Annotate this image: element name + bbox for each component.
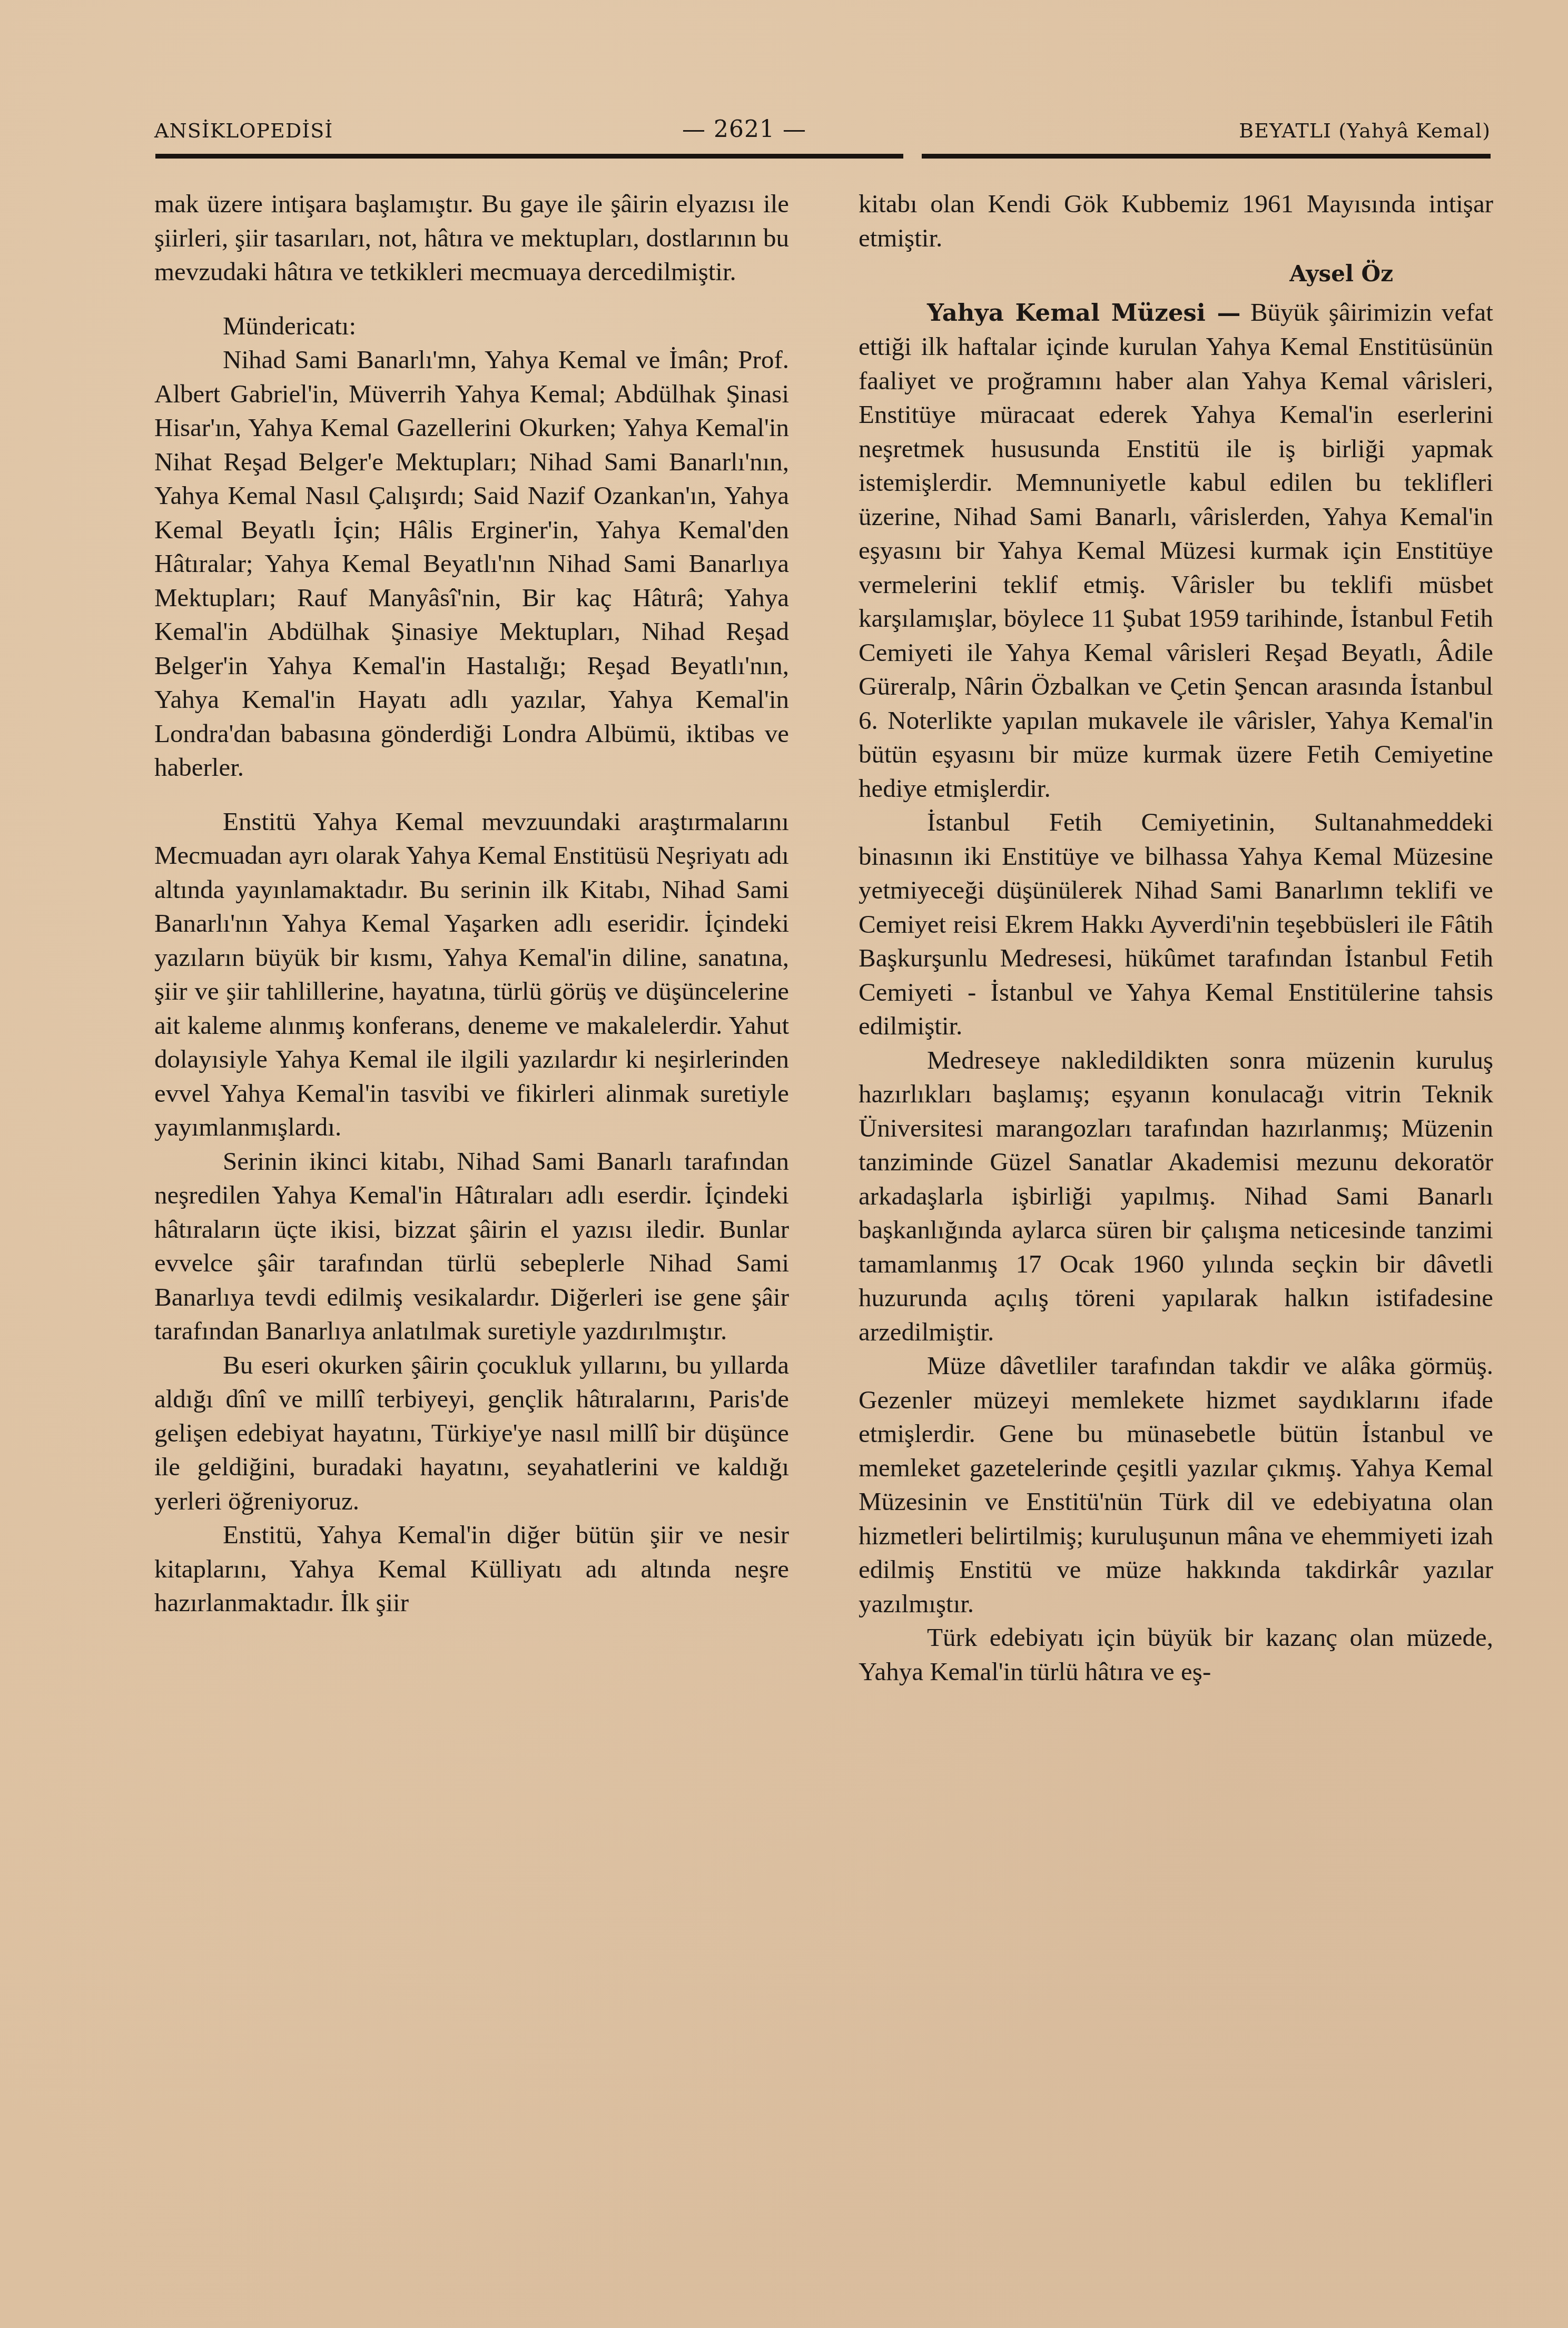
- section-body: Büyük şâirimizin vefat ettiği ilk haftal…: [859, 298, 1493, 803]
- running-header: ANSİKLOPEDİSİ — 2621 — BEYATLI (Yahyâ Ke…: [150, 111, 1491, 147]
- paragraph: Enstitü Yahya Kemal mevzuundaki araştırm…: [154, 805, 789, 1145]
- header-encyclopedia-title: ANSİKLOPEDİSİ: [154, 119, 333, 142]
- paragraph: Medreseye nakledildikten sonra müzenin k…: [859, 1043, 1493, 1349]
- section-paragraph: Yahya Kemal Müzesi — Büyük şâirimizin ve…: [859, 295, 1493, 806]
- author-signature: Aysel Öz: [859, 257, 1493, 291]
- encyclopedia-page: ANSİKLOPEDİSİ — 2621 — BEYATLI (Yahyâ Ke…: [150, 111, 1491, 163]
- header-rule-left: [155, 154, 903, 159]
- header-rules: [150, 147, 1491, 163]
- header-rule-right: [922, 154, 1491, 159]
- left-column: mak üzere intişara başlamıştır. Bu gaye …: [154, 187, 789, 1620]
- right-column: kitabı olan Kendi Gök Kubbemiz 1961 Mayı…: [859, 187, 1493, 1689]
- section-title: Yahya Kemal Müzesi —: [927, 299, 1241, 327]
- paragraph: kitabı olan Kendi Gök Kubbemiz 1961 Mayı…: [859, 187, 1493, 255]
- contents-list: Nihad Sami Banarlı'mn, Yahya Kemal ve İm…: [154, 343, 789, 785]
- paragraph: mak üzere intişara başlamıştır. Bu gaye …: [154, 187, 789, 289]
- paragraph: Bu eseri okurken şâirin çocukluk yılları…: [154, 1348, 789, 1518]
- paragraph: Müze dâvetliler tarafından takdir ve alâ…: [859, 1349, 1493, 1621]
- page-number: — 2621 —: [682, 116, 806, 143]
- paragraph: Enstitü, Yahya Kemal'in diğer bütün şiir…: [154, 1518, 789, 1620]
- header-entry-title: BEYATLI (Yahyâ Kemal): [1239, 119, 1491, 142]
- paragraph: İstanbul Fetih Cemiyetinin, Sultanahmedd…: [859, 805, 1493, 1043]
- paragraph: Türk edebiyatı için büyük bir kazanç ola…: [859, 1621, 1493, 1689]
- paragraph: Serinin ikinci kitabı, Nihad Sami Banarl…: [154, 1145, 789, 1348]
- contents-label: Mündericatı:: [154, 309, 789, 343]
